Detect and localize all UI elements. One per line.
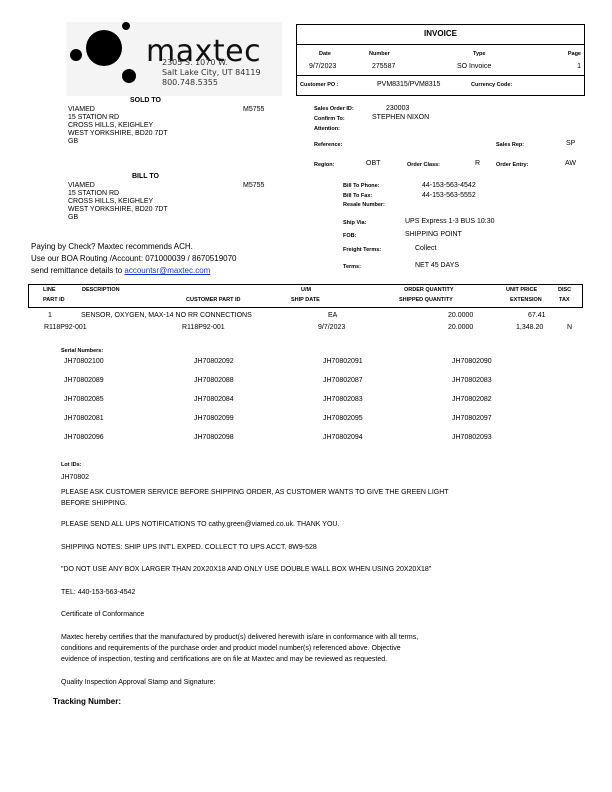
bill-to-phone-label: Bill To Phone:: [343, 183, 380, 189]
note-box-size: "DO NOT USE ANY BOX LARGER THAN 20X20X18…: [61, 566, 431, 573]
fob: SHIPPING POINT: [405, 231, 462, 238]
tracking-number-label: Tracking Number:: [53, 697, 121, 706]
serial-number: JH70802094: [323, 434, 363, 441]
sales-order-id-label: Sales Order ID:: [314, 106, 354, 112]
col-description: DESCRIPTION: [82, 287, 120, 293]
customer-po: PVM8315/PVM8315: [377, 81, 440, 88]
payment-line-3: send remittance details to accountsr@max…: [31, 266, 210, 275]
logo-dot-large: [86, 30, 122, 66]
invoice-page: 1: [577, 63, 581, 70]
serial-numbers-label: Serial Numbers:: [61, 348, 103, 354]
bill-to-fax: 44-153-563-5552: [422, 192, 476, 199]
note-customer-service: PLEASE ASK CUSTOMER SERVICE BEFORE SHIPP…: [61, 489, 449, 496]
ship-via-label: Ship Via:: [343, 220, 366, 226]
serial-number: JH70802093: [452, 434, 492, 441]
row-um: EA: [328, 312, 337, 319]
terms: NET 45 DAYS: [415, 262, 459, 269]
payment-line-2: Use our BOA Routing /Account: 071000039 …: [31, 254, 236, 263]
col-shipped-qty: SHIPPED QUANTITY: [399, 297, 453, 303]
note-tel: TEL: 440-153-563-4542: [61, 589, 135, 596]
freight-terms: Collect: [415, 245, 436, 252]
order-entry: AW: [565, 160, 576, 167]
logo-dot-left: [70, 49, 82, 61]
customer-po-label: Customer PO :: [300, 82, 339, 88]
confirm-to: STEPHEN NIXON: [372, 114, 429, 121]
serial-number: JH70802096: [64, 434, 104, 441]
freight-terms-label: Freight Terms:: [343, 247, 381, 253]
note-customer-service-cont: BEFORE SHIPPING.: [61, 500, 127, 507]
sold-to-line: CROSS HILLS, KEIGHLEY: [68, 122, 153, 129]
invoice-date: 9/7/2023: [309, 63, 336, 70]
sold-to-line: GB: [68, 138, 78, 145]
row-order-qty: 20.0000: [448, 312, 473, 319]
serial-number: JH70802095: [323, 415, 363, 422]
lot-id: JH70802: [61, 474, 89, 481]
order-entry-label: Order Entry:: [496, 162, 528, 168]
order-class: R: [475, 160, 480, 167]
row-line: 1: [48, 312, 52, 319]
coc-line-3: evidence of inspection, testing and cert…: [61, 656, 387, 663]
note-shipping: SHIPPING NOTES: SHIP UPS INT'L EXPED. CO…: [61, 544, 317, 551]
serial-number: JH70802099: [194, 415, 234, 422]
col-disc: DISC: [558, 287, 571, 293]
order-class-label: Order Class:: [407, 162, 440, 168]
date-header: Date: [319, 51, 331, 57]
terms-label: Terms:: [343, 264, 361, 270]
invoice-number: 275587: [372, 63, 395, 70]
serial-number: JH70802084: [194, 396, 234, 403]
attention-label: Attention:: [314, 126, 340, 132]
col-customer-part-id: CUSTOMER PART ID: [186, 297, 241, 303]
invoice-header-box: INVOICE Date Number Type Page 9/7/2023 2…: [296, 24, 585, 96]
page-header: Page: [568, 51, 581, 57]
bill-to-line: WEST YORKSHIRE, BD20 7DT: [68, 206, 168, 213]
company-address-2: Salt Lake City, UT 84119: [162, 68, 261, 77]
reference-label: Reference:: [314, 142, 342, 148]
bill-to-heading: BILL TO: [132, 173, 159, 180]
sold-to-account: M5755: [243, 106, 264, 113]
sold-to-line: WEST YORKSHIRE, BD20 7DT: [68, 130, 168, 137]
fob-label: FOB:: [343, 233, 356, 239]
col-tax: TAX: [559, 297, 570, 303]
row-description: SENSOR, OXYGEN, MAX-14 NO RR CONNECTIONS: [81, 312, 252, 319]
coc-heading: Certificate of Conformance: [61, 611, 144, 618]
serial-number: JH70802090: [452, 358, 492, 365]
serial-number: JH70802081: [64, 415, 104, 422]
company-phone: 800.748.5355: [162, 78, 218, 87]
qa-stamp-label: Quality Inspection Approval Stamp and Si…: [61, 679, 215, 686]
company-address-1: 2305 S. 1070 W.: [162, 58, 228, 67]
note-ups-notifications: PLEASE SEND ALL UPS NOTIFICATIONS TO cat…: [61, 521, 339, 528]
remittance-email-link[interactable]: accountsr@maxtec.com: [124, 266, 210, 275]
row-tax: N: [567, 324, 572, 331]
line-items-header: LINE DESCRIPTION U/M ORDER QUANTITY UNIT…: [28, 284, 583, 308]
payment-line-1: Paying by Check? Maxtec recommends ACH.: [31, 242, 193, 251]
serial-number: JH70802098: [194, 434, 234, 441]
currency-code-label: Currency Code:: [471, 82, 512, 88]
logo-dot-bottom: [122, 69, 136, 83]
serial-number: JH70802089: [64, 377, 104, 384]
col-extension: EXTENSION: [510, 297, 542, 303]
col-um: U/M: [301, 287, 311, 293]
serial-number: JH70802100: [64, 358, 104, 365]
sold-to-line: VIAMED: [68, 106, 95, 113]
serial-number: JH70802092: [194, 358, 234, 365]
row-unit-price: 67.41: [528, 312, 546, 319]
lot-ids-label: Lot IDs:: [61, 462, 81, 468]
coc-line-1: Maxtec hereby certifies that the manufac…: [61, 634, 418, 641]
sales-rep: SP: [566, 140, 575, 147]
col-part-id: PART ID: [43, 297, 65, 303]
col-line: LINE: [43, 287, 56, 293]
sales-rep-label: Sales Rep:: [496, 142, 524, 148]
invoice-type: SO Invoice: [457, 63, 491, 70]
type-header: Type: [473, 51, 485, 57]
serial-number: JH70802083: [452, 377, 492, 384]
row-customer-part-id: R118P92-001: [182, 324, 225, 331]
serial-number: JH70802083: [323, 396, 363, 403]
col-unit-price: UNIT PRICE: [506, 287, 537, 293]
bill-to-fax-label: Bill To Fax:: [343, 193, 372, 199]
col-order-qty: ORDER QUANTITY: [404, 287, 454, 293]
bill-to-line: VIAMED: [68, 182, 95, 189]
row-part-id: R118P92-001: [44, 324, 87, 331]
serial-number: JH70802097: [452, 415, 492, 422]
bill-to-account: M5755: [243, 182, 264, 189]
serial-number: JH70802085: [64, 396, 104, 403]
serial-number: JH70802082: [452, 396, 492, 403]
region-label: Region:: [314, 162, 334, 168]
col-ship-date: SHIP DATE: [291, 297, 320, 303]
coc-line-2: conditions and requirements of the purch…: [61, 645, 401, 652]
bill-to-line: GB: [68, 214, 78, 221]
serial-number: JH70802088: [194, 377, 234, 384]
serial-number: JH70802091: [323, 358, 363, 365]
number-header: Number: [369, 51, 390, 57]
bill-to-line: CROSS HILLS, KEIGHLEY: [68, 198, 153, 205]
logo-dot-small: [122, 22, 130, 30]
ship-via: UPS Express 1-3 BUS 10:30: [405, 218, 495, 225]
sold-to-heading: SOLD TO: [130, 97, 161, 104]
confirm-to-label: Confirm To:: [314, 116, 345, 122]
sales-order-id: 230003: [386, 105, 409, 112]
region: OBT: [366, 160, 380, 167]
row-extension: 1,348.20: [516, 324, 543, 331]
bill-to-phone: 44-153-563-4542: [422, 182, 476, 189]
row-shipped-qty: 20.0000: [448, 324, 473, 331]
serial-number: JH70802087: [323, 377, 363, 384]
row-ship-date: 9/7/2023: [318, 324, 345, 331]
invoice-title: INVOICE: [297, 29, 584, 38]
bill-to-line: 15 STATION RD: [68, 190, 119, 197]
resale-number-label: Resale Number:: [343, 202, 385, 208]
sold-to-line: 15 STATION RD: [68, 114, 119, 121]
remittance-text: send remittance details to: [31, 266, 124, 275]
